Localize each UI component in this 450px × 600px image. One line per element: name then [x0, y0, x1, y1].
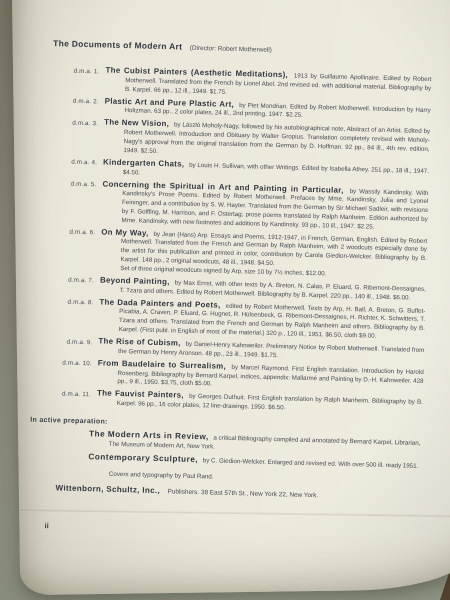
series-header: The Documents of Modern Art (Director: R… — [53, 33, 432, 61]
photo-background: The Documents of Modern Art (Director: R… — [0, 0, 450, 600]
entry-title: On My Way, — [101, 227, 152, 237]
entry-title: Kindergarten Chats, — [103, 157, 187, 168]
entry-title: The Rise of Cubism, — [98, 336, 183, 347]
series-director-note: (Director: Robert Motherwell) — [190, 45, 272, 54]
entry-number-label: d.m.a. 7. — [34, 275, 94, 295]
series-title: The Documents of Modern Art — [53, 38, 182, 51]
entry-number-label: d.m.a. 8. — [33, 296, 94, 334]
preparation-item-title: Contemporary Sculpture, — [88, 452, 201, 464]
catalog-entry: d.m.a. 6. On My Way, by Jean (Hans) Arp.… — [34, 226, 427, 281]
preparation-list: The Modern Arts in Review, a critical Bi… — [29, 429, 422, 472]
entry-number-label: d.m.a. 10. — [31, 357, 92, 386]
entry-title: The Dada Painters and Poets, — [99, 297, 223, 309]
entry-number-label: d.m.a. 5. — [36, 178, 97, 225]
catalog-entry: d.m.a. 8. The Dada Painters and Poets, e… — [33, 296, 426, 342]
page-number: ii — [44, 521, 419, 540]
catalog-entry: d.m.a. 3. The New Vision, by László Moho… — [37, 117, 430, 163]
entry-number-label: d.m.a. 6. — [34, 226, 95, 273]
preparation-item-description: by C. Giedion-Welcker. Enlarged and revi… — [201, 457, 418, 470]
entry-number-label: d.m.a. 4. — [37, 156, 97, 176]
entry-number-label: d.m.a. 11. — [31, 388, 91, 408]
entry-text: The Dada Painters and Poets, edited by R… — [99, 298, 426, 343]
entry-text: Concerning the Spiritual in Art and Pain… — [101, 180, 428, 234]
entry-title: The New Vision, — [104, 118, 172, 129]
entry-number-label: d.m.a. 2. — [38, 95, 98, 115]
entry-title: Beyond Painting, — [100, 275, 173, 286]
page-content: The Documents of Modern Art (Director: R… — [27, 33, 432, 540]
entry-description: by Wassily Kandinsky. With Kandinsky's P… — [122, 187, 429, 230]
entry-description: by Jean (Hans) Arp. Essays and Poems, 19… — [120, 230, 427, 267]
preparation-item-title: The Modern Arts in Review, — [89, 429, 212, 441]
publisher-name: Wittenborn, Schultz, Inc., — [55, 484, 160, 496]
entry-number-label: d.m.a. 9. — [32, 336, 92, 356]
entry-text: The New Vision, by László Moholy-Nagy, f… — [103, 119, 430, 164]
entry-number-label: d.m.a. 3. — [37, 117, 98, 155]
book-page: The Documents of Modern Art (Director: R… — [12, 0, 450, 595]
entry-text: On My Way, by Jean (Hans) Arp. Essays an… — [100, 228, 427, 282]
publisher-address: Publishers. 38 East 57th St., New York 2… — [167, 489, 318, 500]
entry-title: The Fauvist Painters, — [97, 389, 187, 400]
catalog-entry: d.m.a. 5. Concerning the Spiritual in Ar… — [36, 178, 429, 233]
entry-number-label: d.m.a. 1. — [39, 65, 100, 94]
catalog-entry-list: d.m.a. 1. The Cubist Painters (Aesthetic… — [31, 65, 432, 417]
